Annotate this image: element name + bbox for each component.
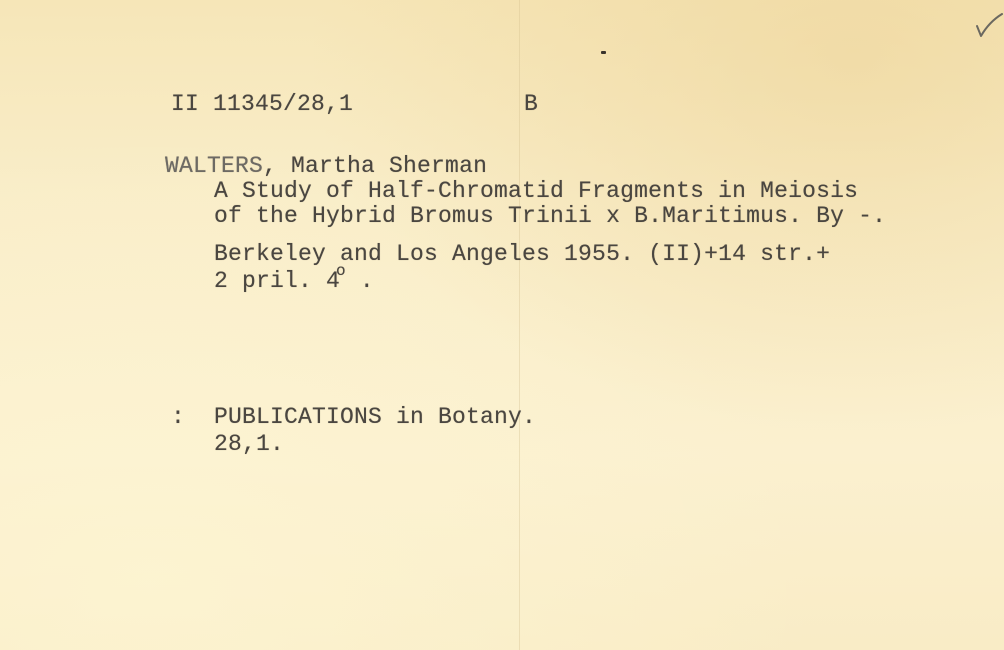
format-superscript: o xyxy=(336,262,346,280)
format-suffix: . xyxy=(346,268,374,294)
title-line-2: of the Hybrid Bromus Trinii x B.Maritimu… xyxy=(214,205,886,228)
card-crease xyxy=(519,0,520,650)
call-number: II 11345/28,1 xyxy=(171,93,353,116)
imprint-line-2: 2 pril. 4o . xyxy=(214,270,374,293)
title-line-1: A Study of Half-Chromatid Fragments in M… xyxy=(214,180,858,203)
imprint-line-1: Berkeley and Los Angeles 1955. (II)+14 s… xyxy=(214,243,830,266)
series-statement: PUBLICATIONS in Botany. xyxy=(214,406,536,429)
series-marker: : xyxy=(171,406,185,429)
handwritten-checkmark-icon xyxy=(975,12,1003,40)
author-given-names: , Martha Sherman xyxy=(263,153,487,179)
series-number: 28,1. xyxy=(214,433,284,456)
author-heading: WALTERS, Martha Sherman xyxy=(165,155,487,178)
catalog-card: II 11345/28,1 B WALTERS, Martha Sherman … xyxy=(0,0,1004,650)
ink-speck xyxy=(601,51,606,54)
collation: 2 pril. 4 xyxy=(214,268,340,294)
author-surname: WALTERS xyxy=(165,153,263,179)
location-code: B xyxy=(524,93,538,116)
